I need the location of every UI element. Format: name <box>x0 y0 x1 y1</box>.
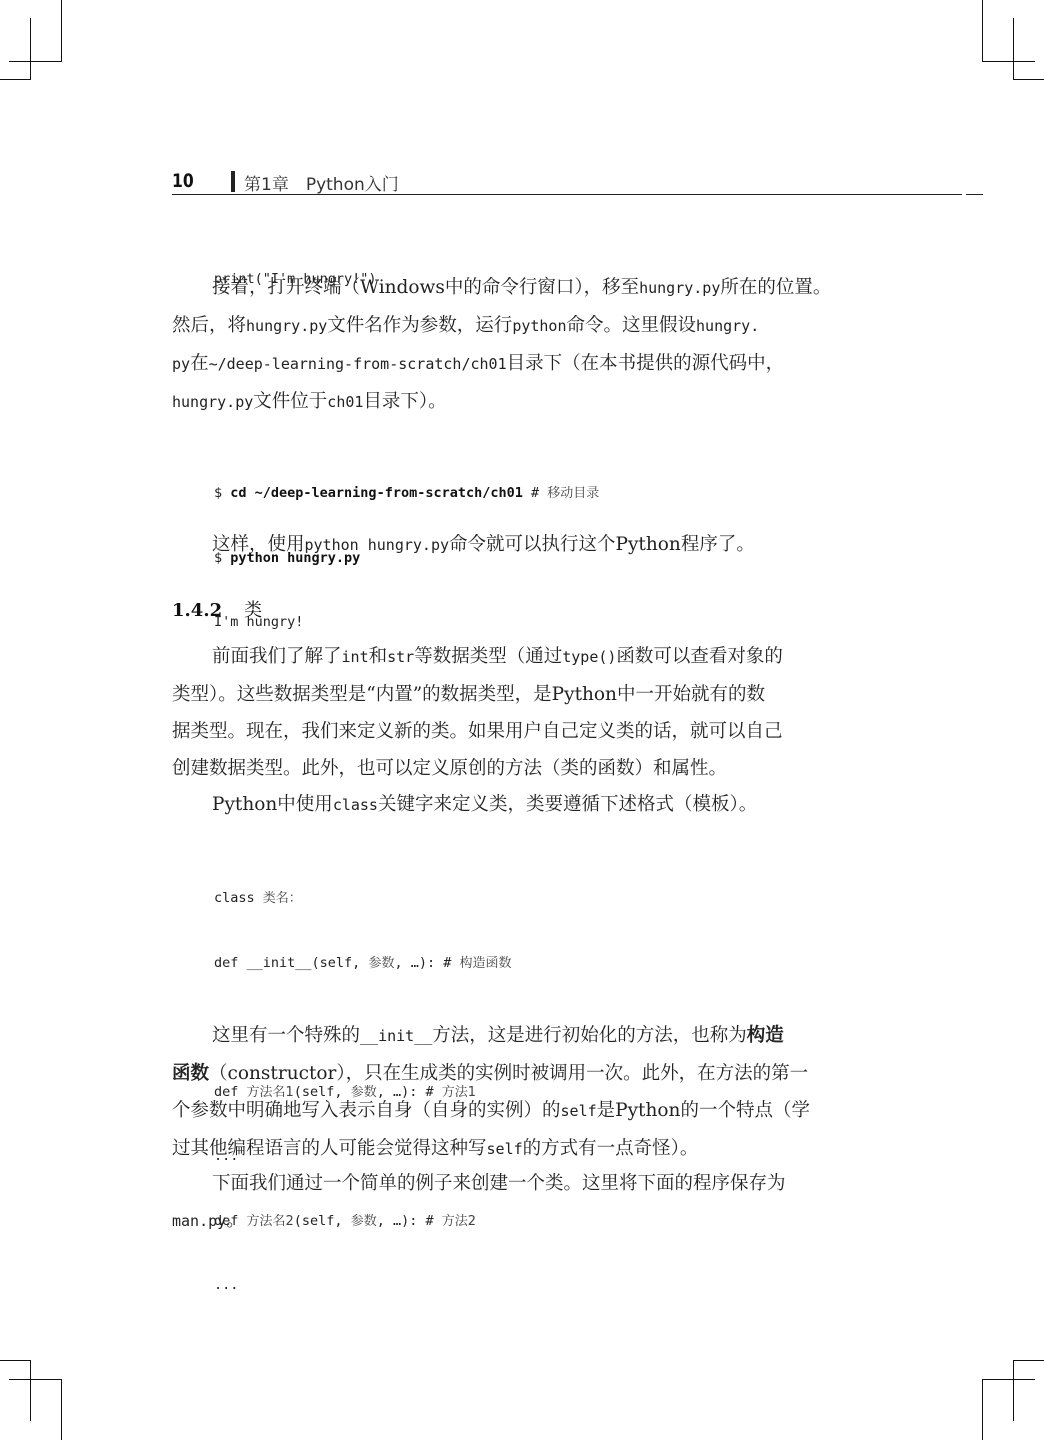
paragraph-types: 前面我们了解了int和str等数据类型（通过type()函数可以查看对象的 类型… <box>172 638 848 787</box>
crop-mark <box>982 0 983 61</box>
text-line: Python中使用class关键字来定义类，类要遵循下述格式（模板）。 <box>172 786 848 824</box>
crop-mark <box>1013 79 1044 80</box>
code-line: class 类名： <box>214 888 512 910</box>
code-line: def __init__(self, 参数, …): # 构造函数 <box>214 953 512 975</box>
paragraph-run: 这样，使用python hungry.py命令就可以执行这个Python程序了。 <box>172 526 848 564</box>
paragraph-example: 下面我们通过一个简单的例子来创建一个类。这里将下面的程序保存为 man.py。 <box>172 1165 848 1240</box>
code-line: $ cd ~/deep-learning-from-scratch/ch01 #… <box>214 483 599 505</box>
text-line: 个参数中明确地写入表示自身（自身的实例）的self是Python的一个特点（学 <box>172 1092 848 1130</box>
section-number: 1.4.2 <box>172 600 222 621</box>
page-number: 10 <box>172 170 194 192</box>
header-rule-tail <box>966 194 983 195</box>
text-line: 下面我们通过一个简单的例子来创建一个类。这里将下面的程序保存为 <box>172 1165 848 1202</box>
crop-mark <box>0 79 31 80</box>
crop-mark <box>30 18 31 79</box>
crop-mark <box>61 0 62 61</box>
code-line: ... <box>214 1275 512 1297</box>
text-line: 接着，打开终端（Windows中的命令行窗口），移至hungry.py所在的位置… <box>172 269 848 307</box>
text-line: 创建数据类型。此外，也可以定义原创的方法（类的函数）和属性。 <box>172 750 848 787</box>
text-line: 这样，使用python hungry.py命令就可以执行这个Python程序了。 <box>172 526 848 564</box>
paragraph-constructor: 这里有一个特殊的__init__方法，这是进行初始化的方法，也称为构造 函数（c… <box>172 1017 848 1168</box>
crop-mark <box>1013 18 1014 79</box>
paragraph-terminal: 接着，打开终端（Windows中的命令行窗口），移至hungry.py所在的位置… <box>172 269 848 421</box>
text-line: 类型）。这些数据类型是“内置”的数据类型，是Python中一开始就有的数 <box>172 676 848 713</box>
text-line: 函数（constructor），只在生成类的实例时被调用一次。此外，在方法的第一 <box>172 1055 848 1092</box>
text-line: man.py。 <box>172 1202 848 1240</box>
chapter-title: 第1章 Python入门 <box>244 170 399 195</box>
crop-mark <box>30 1360 31 1421</box>
running-header: 10 第1章 Python入门 <box>172 168 962 194</box>
text-line: 过其他编程语言的人可能会觉得这种写self的方式有一点奇怪）。 <box>172 1130 848 1168</box>
header-rule <box>172 194 962 195</box>
crop-mark <box>982 61 1035 62</box>
header-bar <box>231 171 235 192</box>
crop-mark <box>61 1379 62 1440</box>
crop-mark <box>1013 1360 1014 1421</box>
crop-mark <box>982 1379 983 1440</box>
code-line: I'm hungry! <box>214 612 599 634</box>
crop-mark <box>1013 1360 1044 1361</box>
crop-mark <box>0 1360 31 1361</box>
crop-mark <box>982 1379 1035 1380</box>
text-line: 然后，将hungry.py文件名作为参数，运行python命令。这里假设hung… <box>172 307 848 345</box>
text-line: py在~/deep-learning-from-scratch/ch01目录下（… <box>172 345 848 383</box>
text-line: 这里有一个特殊的__init__方法，这是进行初始化的方法，也称为构造 <box>172 1017 848 1055</box>
crop-mark <box>9 1379 62 1380</box>
crop-mark <box>9 61 62 62</box>
section-title: 类 <box>244 600 262 621</box>
text-line: 据类型。现在，我们来定义新的类。如果用户自己定义类的话，就可以自己 <box>172 713 848 750</box>
section-heading: 1.4.2类 <box>172 596 262 622</box>
paragraph-class-keyword: Python中使用class关键字来定义类，类要遵循下述格式（模板）。 <box>172 786 848 824</box>
text-line: hungry.py文件位于ch01目录下）。 <box>172 383 848 421</box>
text-line: 前面我们了解了int和str等数据类型（通过type()函数可以查看对象的 <box>172 638 848 676</box>
